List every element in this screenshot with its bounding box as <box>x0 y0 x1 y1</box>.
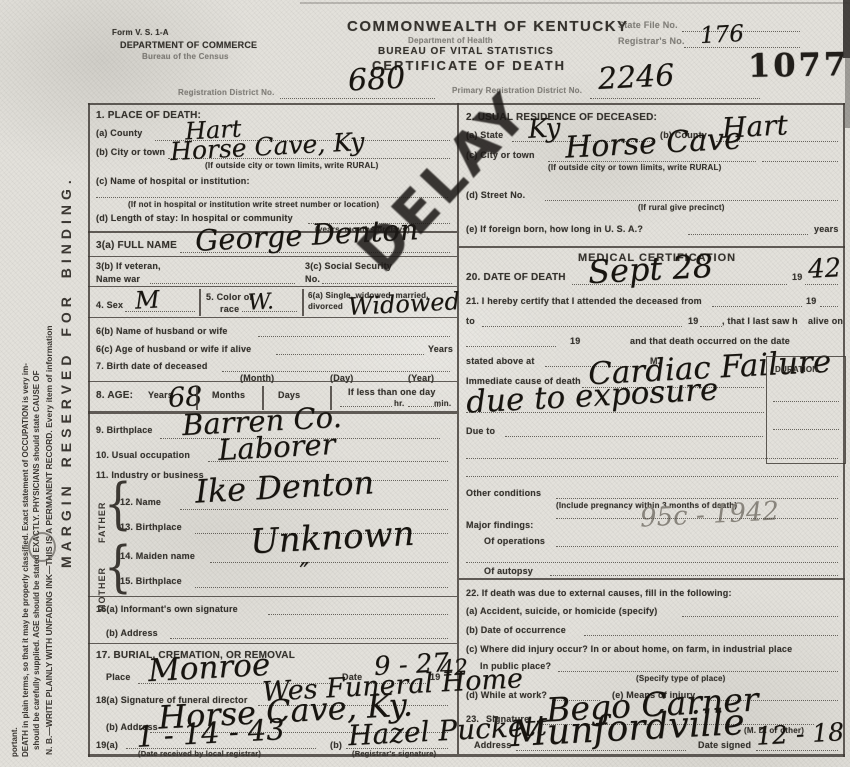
county-label: (a) County <box>96 128 143 138</box>
certify-year1: 19 <box>806 296 816 306</box>
mother-name-blank <box>210 562 448 563</box>
mother-birthplace-value: ″ <box>299 558 310 588</box>
major-findings-value: 95c - 1942 <box>639 496 780 533</box>
mother-birthplace-blank <box>195 587 448 588</box>
margin-note-line4: portant. <box>10 727 19 757</box>
cause-blank2 <box>466 412 764 413</box>
color-label2: race <box>220 304 239 314</box>
duration-box: DURATION <box>766 356 846 464</box>
dod-year-value: 42 <box>807 253 842 285</box>
street-note: (If not in hospital or institution write… <box>128 200 379 209</box>
primary-district-label: Primary Registration District No. <box>452 86 582 95</box>
city-label: (b) City or town <box>96 147 165 157</box>
marital-value: Widowed <box>347 287 460 321</box>
occupation-label: 10. Usual occupation <box>96 450 190 460</box>
certify-to-label: to <box>466 316 475 326</box>
dod-year-blank <box>805 284 838 285</box>
foreign-born-years: years <box>814 224 839 234</box>
public-place-blank <box>558 671 838 672</box>
certify-blank2b <box>700 326 722 327</box>
separator <box>88 643 457 644</box>
duration-line <box>773 429 839 430</box>
date-signed-label: Date signed <box>698 740 751 750</box>
street-no-blank <box>545 200 838 201</box>
informant-address-blank <box>170 638 448 639</box>
accident-label: (a) Accident, suicide, or homicide (spec… <box>466 606 658 616</box>
father-name-label: 12. Name <box>120 497 161 507</box>
age-hr-blank <box>340 406 392 407</box>
precinct-note: (If rural give precinct) <box>638 203 725 212</box>
burial-place-label: Place <box>106 672 131 682</box>
foreign-born-label: (e) If foreign born, how long in U. S. A… <box>466 224 643 234</box>
father-birthplace-label: 13. Birthplace <box>120 522 182 532</box>
external-causes-title: 22. If death was due to external causes,… <box>466 588 732 598</box>
registrar-no-value: 176 <box>699 21 744 49</box>
stated-above-label: stated above at <box>466 356 535 366</box>
bureau-vital-statistics: BUREAU OF VITAL STATISTICS <box>378 46 554 57</box>
primary-district-value: 2246 <box>597 58 675 97</box>
scan-edge-artifact <box>845 58 850 128</box>
age-hr-label: hr. <box>394 399 404 408</box>
date-signed-value: 12 - 18 - 42 <box>755 714 850 751</box>
dept-health: Department of Health <box>408 36 493 45</box>
operations-blank2 <box>466 562 838 563</box>
age-days-label: Days <box>278 390 300 400</box>
age-label: 8. AGE: <box>96 390 133 401</box>
certify-year3: 19 <box>570 336 580 346</box>
ssn-label2: No. <box>305 274 320 284</box>
due-to-blank3 <box>466 476 838 477</box>
reg-district-blank <box>280 98 435 99</box>
public-place-label: In public place? <box>480 661 551 671</box>
mother-brace: { <box>104 536 132 600</box>
certify-blank1b <box>820 306 838 307</box>
spouse-blank <box>258 336 450 337</box>
separator <box>459 246 845 248</box>
mother-birthplace-label: 15. Birthplace <box>120 576 182 586</box>
registrar-sig-note: (Registrar's signature) <box>352 749 436 758</box>
certify-year2: 19 <box>688 316 698 326</box>
veteran-label: 3(b) If veteran, <box>96 261 161 271</box>
death-certificate-scan: portant. DEATH in plain terms, so that i… <box>0 0 850 767</box>
while-at-work-label: (d) While at work? <box>466 690 547 700</box>
marital-label2: divorced <box>308 302 343 311</box>
birth-date-blank <box>222 371 450 372</box>
informant-signature-label: 16(a) Informant's own signature <box>96 604 238 614</box>
separator <box>459 578 845 580</box>
certify-blank1 <box>712 306 802 307</box>
form-number: Form V. S. 1-A <box>112 28 169 37</box>
other-conditions-label: Other conditions <box>466 488 541 498</box>
frame-top <box>88 103 845 105</box>
duration-line <box>773 401 839 402</box>
registrar-no-label: Registrar's No. <box>618 36 685 46</box>
reg-district-value: 680 <box>347 61 406 99</box>
sex-blank <box>125 311 195 312</box>
bureau-census: Bureau of the Census <box>142 52 229 61</box>
certify-line1: 21. I hereby certify that I attended the… <box>466 296 702 306</box>
birthplace-label: 9. Birthplace <box>96 425 153 435</box>
cell-divider <box>302 289 304 316</box>
scan-edge-artifact <box>300 2 850 4</box>
foreign-born-blank <box>688 234 808 235</box>
scan-edge-artifact <box>843 0 850 58</box>
age-less-label: If less than one day <box>348 387 436 397</box>
state-file-label: State File No. <box>618 20 678 30</box>
margin-binding-label: MARGIN RESERVED FOR BINDING. <box>58 175 74 568</box>
occurrence-date-label: (b) Date of occurrence <box>466 625 566 635</box>
received-label: 19(a) <box>96 740 118 750</box>
residence-rural-note: (If outside city or town limits, write R… <box>548 163 721 172</box>
occurrence-date-blank <box>584 635 838 636</box>
reg-district-label: Registration District No. <box>178 88 275 97</box>
birth-day-note: (Day) <box>330 373 354 383</box>
accident-blank <box>682 616 838 617</box>
certify-line3: and that death occurred on the date <box>630 336 790 346</box>
father-name-value: Ike Denton <box>194 463 375 510</box>
spouse-age-years: Years <box>428 344 453 354</box>
age-months-label: Months <box>212 390 245 400</box>
due-to-label: Due to <box>466 426 495 436</box>
registrar-sig-label: (b) <box>330 740 342 750</box>
due-to-blank <box>505 436 763 437</box>
spouse-age-label: 6(c) Age of husband or wife if alive <box>96 344 251 354</box>
mother-name-label: 14. Maiden name <box>120 551 195 561</box>
residence-city-value: Horse Cave <box>564 121 742 165</box>
informant-address-label: (b) Address <box>106 628 158 638</box>
frame-left <box>88 103 90 757</box>
file-number-stamp: 1077 <box>748 45 850 85</box>
physician-address-label: Address <box>474 740 511 750</box>
autopsy-blank <box>550 575 838 576</box>
duration-label: DURATION <box>775 365 818 374</box>
ssn-blank <box>322 283 452 284</box>
due-to-blank2 <box>466 458 838 459</box>
veteran-blank <box>150 283 295 284</box>
major-findings-label: Major findings: <box>466 520 534 530</box>
residence-city-blank2 <box>762 161 838 162</box>
margin-note-line3: DEATH in plain terms, so that it may be … <box>21 363 30 757</box>
spouse-age-blank <box>276 354 424 355</box>
injury-where-label: (c) Where did injury occur? In or about … <box>466 644 792 654</box>
full-name-label: 3(a) FULL NAME <box>96 240 177 251</box>
birth-month-note: (Month) <box>240 373 274 383</box>
rural-note: (If outside city or town limits, write R… <box>205 161 378 170</box>
certify-alive-on: alive on <box>808 316 843 326</box>
birth-date-label: 7. Birth date of deceased <box>96 361 208 371</box>
other-conditions-blank <box>556 498 838 499</box>
certify-blank3 <box>466 346 556 347</box>
primary-district-blank <box>590 98 760 99</box>
age-min-label: min. <box>434 399 451 408</box>
birth-year-note: (Year) <box>408 373 434 383</box>
veteran-label2: Name war <box>96 274 140 284</box>
received-note: (Date received by local registrar) <box>138 749 261 758</box>
color-blank <box>242 311 297 312</box>
certify-last-saw: , that I last saw h <box>722 316 798 326</box>
commonwealth-title: COMMONWEALTH OF KENTUCKY <box>347 18 629 35</box>
hole-punch-mark <box>28 532 56 562</box>
mother-name-value: Unknown <box>249 514 415 563</box>
separator <box>88 596 457 597</box>
cell-divider <box>199 289 201 316</box>
color-label: 5. Color or <box>206 292 253 302</box>
dod-year-prefix: 19 <box>792 272 802 282</box>
autopsy-label: Of autopsy <box>484 566 533 576</box>
informant-signature-blank <box>268 614 448 615</box>
operations-blank <box>556 546 838 547</box>
burial-place-value: Monroe <box>147 647 271 689</box>
date-of-death-value: Sept 28 <box>587 247 714 291</box>
certify-blank2 <box>482 326 682 327</box>
delay-stamp: DELAY <box>346 80 543 284</box>
signature-number: 23. <box>466 714 479 724</box>
sex-label: 4. Sex <box>96 300 123 310</box>
date-of-death-label: 20. DATE OF DEATH <box>466 272 566 283</box>
spouse-label: 6(b) Name of husband or wife <box>96 326 228 336</box>
occupation-value: Laborer <box>217 427 336 467</box>
hospital-label: (c) Name of hospital or institution: <box>96 176 250 186</box>
operations-label: Of operations <box>484 536 545 546</box>
dept-commerce: DEPARTMENT OF COMMERCE <box>120 40 257 50</box>
major-findings-blank <box>556 518 838 519</box>
